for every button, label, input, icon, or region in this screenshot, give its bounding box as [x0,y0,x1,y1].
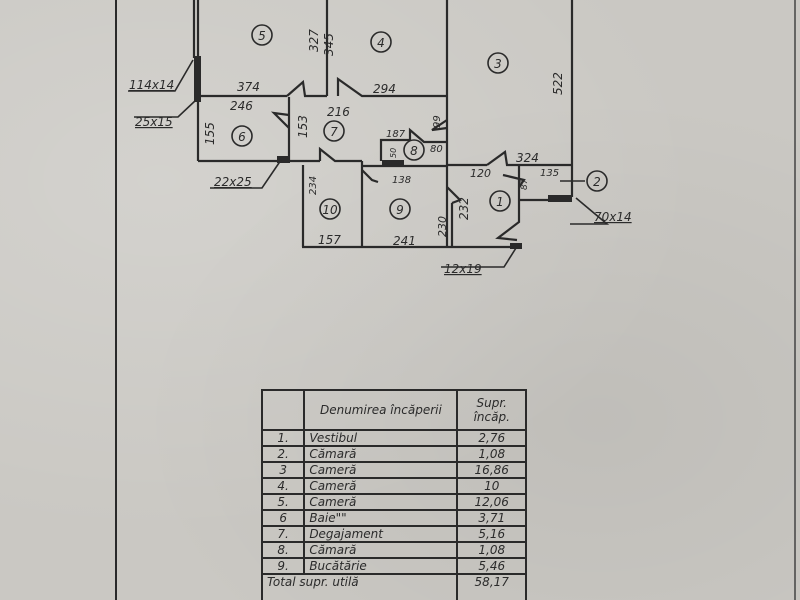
legend-row-name: Cameră [304,462,457,478]
dim-327: 327 [307,29,321,52]
legend-row-area: 12,06 [457,494,526,510]
legend-row-area: 1,08 [457,542,526,558]
dim-234: 234 [308,176,319,195]
dim-216: 216 [327,105,350,119]
legend-row: 4. Cameră 10 [262,478,526,494]
legend-row: 6 Baie"" 3,71 [262,510,526,526]
legend-row-number: 3 [262,462,304,478]
dim-246: 246 [230,99,253,113]
legend-row-name: Cameră [304,478,457,494]
legend-row: 8. Cămară 1,08 [262,542,526,558]
dim-80: 80 [430,144,443,155]
legend-row: 2. Cămară 1,08 [262,446,526,462]
legend-row-number: 2. [262,446,304,462]
dim-324: 324 [516,151,539,165]
legend-row-name: Cameră [304,494,457,510]
legend-header-name: Denumirea încăperii [304,390,457,430]
legend-total-area: 58,17 [457,574,526,600]
legend-row-number: 1. [262,430,304,446]
dim-345: 345 [322,33,336,56]
window-block-left [194,56,201,102]
legend-row-name: Baie"" [304,510,457,526]
legend-header-number [262,390,304,430]
room-label-6: 6 [238,130,246,144]
room-label-8: 8 [410,144,418,158]
opening-25x15: 25x15 [135,115,173,129]
opening-114x14: 114x14 [129,78,174,92]
dim-230: 230 [436,216,449,237]
legend-row-area: 16,86 [457,462,526,478]
legend-row-number: 9. [262,558,304,574]
dim-187: 187 [386,129,406,140]
room-label-1: 1 [496,195,504,209]
room-label-10: 10 [322,203,338,217]
dim-294: 294 [373,82,396,96]
opening-22x25: 22x25 [214,175,252,189]
opening-70x14: 70x14 [594,210,632,224]
legend-row: 1. Vestibul 2,76 [262,430,526,446]
window-block-room2 [548,195,572,202]
legend-row-area: 5,16 [457,526,526,542]
dim-241: 241 [393,234,416,248]
dim-157: 157 [318,233,341,247]
vent-block-room9 [382,160,404,167]
legend-row-name: Degajament [304,526,457,542]
legend-row-name: Vestibul [304,430,457,446]
room-label-9: 9 [396,203,404,217]
dim-120: 120 [470,167,491,180]
room-label-3: 3 [494,57,502,71]
legend-row-area: 1,08 [457,446,526,462]
dim-50: 50 [389,148,398,158]
room-label-7: 7 [330,125,338,139]
legend-row-name: Bucătărie [304,558,457,574]
dim-155: 155 [203,122,217,145]
legend-header-area: Supr. încăp. [457,390,526,430]
legend-row-number: 7. [262,526,304,542]
dim-138: 138 [392,175,411,186]
legend-row-number: 6 [262,510,304,526]
room-label-5: 5 [258,29,266,43]
legend-row-name: Cămară [304,446,457,462]
legend-row: 5. Cameră 12,06 [262,494,526,510]
dim-87: 87 [520,178,530,190]
opening-12x19: 12x19 [444,262,482,276]
dim-374: 374 [237,80,260,94]
dim-153: 153 [296,115,310,138]
legend-row: 9. Bucătărie 5,46 [262,558,526,574]
legend-total-label: Total supr. utilă [262,574,457,600]
legend-row-number: 4. [262,478,304,494]
room-label-4: 4 [377,36,385,50]
legend-row-area: 10 [457,478,526,494]
dim-99: 99 [432,115,443,128]
legend-row-number: 5. [262,494,304,510]
dim-135: 135 [540,168,559,179]
legend-row-area: 3,71 [457,510,526,526]
legend-row-area: 5,46 [457,558,526,574]
room-legend-table: Denumirea încăperii Supr. încăp. 1. Vest… [261,389,527,600]
legend-row-area: 2,76 [457,430,526,446]
legend-row: 3 Cameră 16,86 [262,462,526,478]
legend-row-number: 8. [262,542,304,558]
dim-522: 522 [551,72,565,95]
legend-header-row: Denumirea încăperii Supr. încăp. [262,390,526,430]
dim-232: 232 [457,197,471,220]
legend-row: 7. Degajament 5,16 [262,526,526,542]
legend-total-row: Total supr. utilă 58,17 [262,574,526,600]
legend-row-name: Cămară [304,542,457,558]
room-label-2: 2 [593,175,601,189]
